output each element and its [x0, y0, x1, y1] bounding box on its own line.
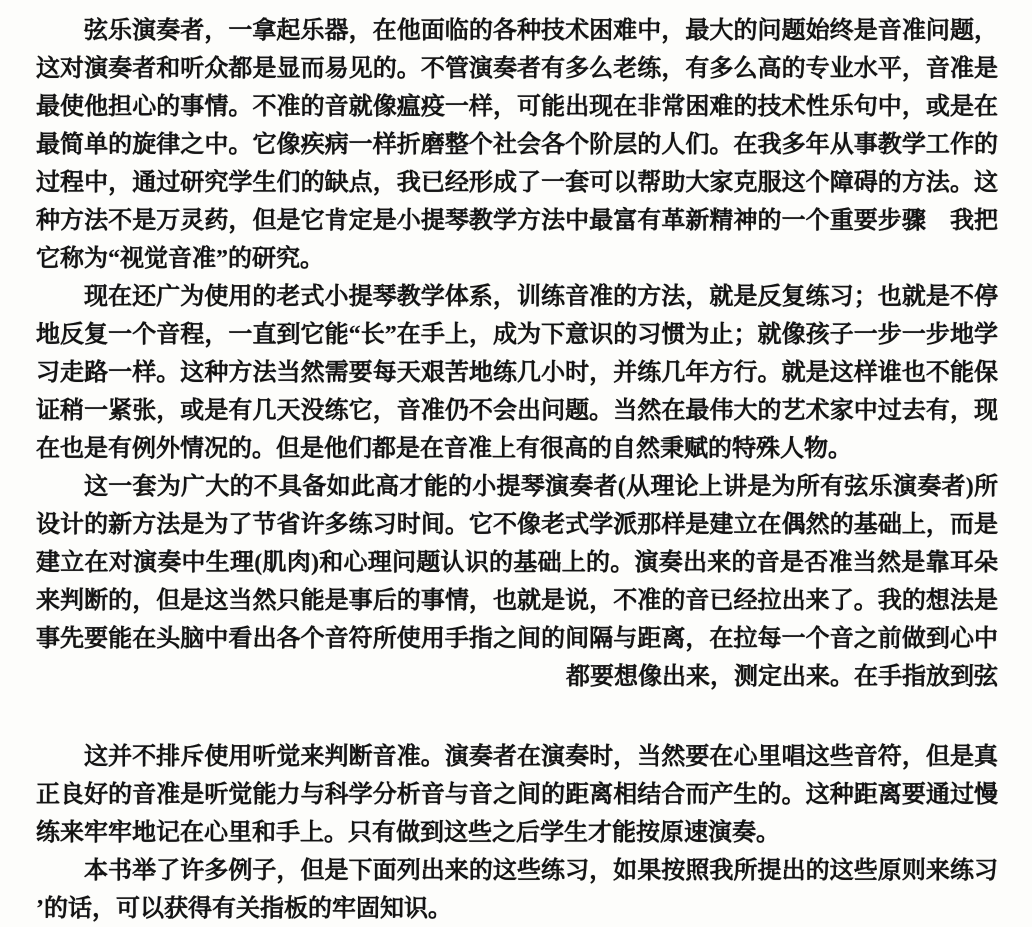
page-text: 弦乐演奏者，一拿起乐器，在他面临的各种技术困难中，最大的问题始终是音准问题，这对… [36, 12, 998, 927]
text-line: 它称为“视觉音准”的研究。 [36, 240, 998, 278]
paragraph-2: 现在还广为使用的老式小提琴教学体系，训练音准的方法，就是反复练习；也就是不停地反… [36, 278, 998, 468]
text-line: 过程中，通过研究学生们的缺点，我已经形成了一套可以帮助大家克服这个障碍的方法。这 [36, 164, 998, 202]
text-line: 在也是有例外情况的。但是他们都是在音准上有很高的自然秉赋的特殊人物。 [36, 430, 998, 468]
text-line: 证稍一紧张，或是有几天没练它，音准仍不会出问题。当然在最伟大的艺术家中过去有，现 [36, 392, 998, 430]
removed-figure-gap [36, 696, 998, 738]
text-line: 这并不排斥使用听觉来判断音准。演奏者在演奏时，当然要在心里唱这些音符，但是真 [36, 738, 998, 776]
text-line: ’的话，可以获得有关指板的牢固知识。 [36, 890, 998, 927]
text-line: 弦乐演奏者，一拿起乐器，在他面临的各种技术困难中，最大的问题始终是音准问题， [36, 12, 998, 50]
paragraph-1: 弦乐演奏者，一拿起乐器，在他面临的各种技术困难中，最大的问题始终是音准问题，这对… [36, 12, 998, 278]
scanned-page: 弦乐演奏者，一拿起乐器，在他面临的各种技术困难中，最大的问题始终是音准问题，这对… [0, 0, 1032, 927]
text-line: 这对演奏者和听众都是显而易见的。不管演奏者有多么老练，有多么高的专业水平，音准是 [36, 50, 998, 88]
text-line: 地反复一个音程，一直到它能“长”在手上，成为下意识的习惯为止；就像孩子一步一步地… [36, 316, 998, 354]
text-line: 这一套为广大的不具备如此高才能的小提琴演奏者(从理论上讲是为所有弦乐演奏者)所 [36, 468, 998, 506]
text-line: 正良好的音准是听觉能力与科学分析音与音之间的距离相结合而产生的。这种距离要通过慢 [36, 776, 998, 814]
paragraph-3: 这一套为广大的不具备如此高才能的小提琴演奏者(从理论上讲是为所有弦乐演奏者)所设… [36, 468, 998, 696]
text-line: 来判断的，但是这当然只能是事后的事情，也就是说，不准的音已经拉出来了。我的想法是 [36, 582, 998, 620]
text-line: 种方法不是万灵药，但是它肯定是小提琴教学方法中最富有革新精神的一个重要步骤 我把 [36, 202, 998, 240]
text-line: 本书举了许多例子，但是下面列出来的这些练习，如果按照我所提出的这些原则来练习 [36, 852, 998, 890]
text-line: 最使他担心的事情。不准的音就像瘟疫一样，可能出现在非常困难的技术性乐句中，或是在 [36, 88, 998, 126]
text-line: 设计的新方法是为了节省许多练习时间。它不像老式学派那样是建立在偶然的基础上，而是 [36, 506, 998, 544]
text-line: 事先要能在头脑中看出各个音符所使用手指之间的间隔与距离，在拉每一个音之前做到心中 [36, 620, 998, 658]
text-line: 练来牢牢地记在心里和手上。只有做到这些之后学生才能按原速演奏。 [36, 814, 998, 852]
paragraph-5: 本书举了许多例子，但是下面列出来的这些练习，如果按照我所提出的这些原则来练习’的… [36, 852, 998, 927]
text-line: 最简单的旋律之中。它像疾病一样折磨整个社会各个阶层的人们。在我多年从事教学工作的 [36, 126, 998, 164]
text-line: 习走路一样。这种方法当然需要每天艰苦地练几小时，并练几年方行。就是这样谁也不能保 [36, 354, 998, 392]
text-line: 建立在对演奏中生理(肌肉)和心理问题认识的基础上的。演奏出来的音是否准当然是靠耳… [36, 544, 998, 582]
text-line: 都要想像出来，测定出来。在手指放到弦 [36, 658, 998, 696]
paragraph-4: 这并不排斥使用听觉来判断音准。演奏者在演奏时，当然要在心里唱这些音符，但是真正良… [36, 738, 998, 852]
text-line: 现在还广为使用的老式小提琴教学体系，训练音准的方法，就是反复练习；也就是不停 [36, 278, 998, 316]
